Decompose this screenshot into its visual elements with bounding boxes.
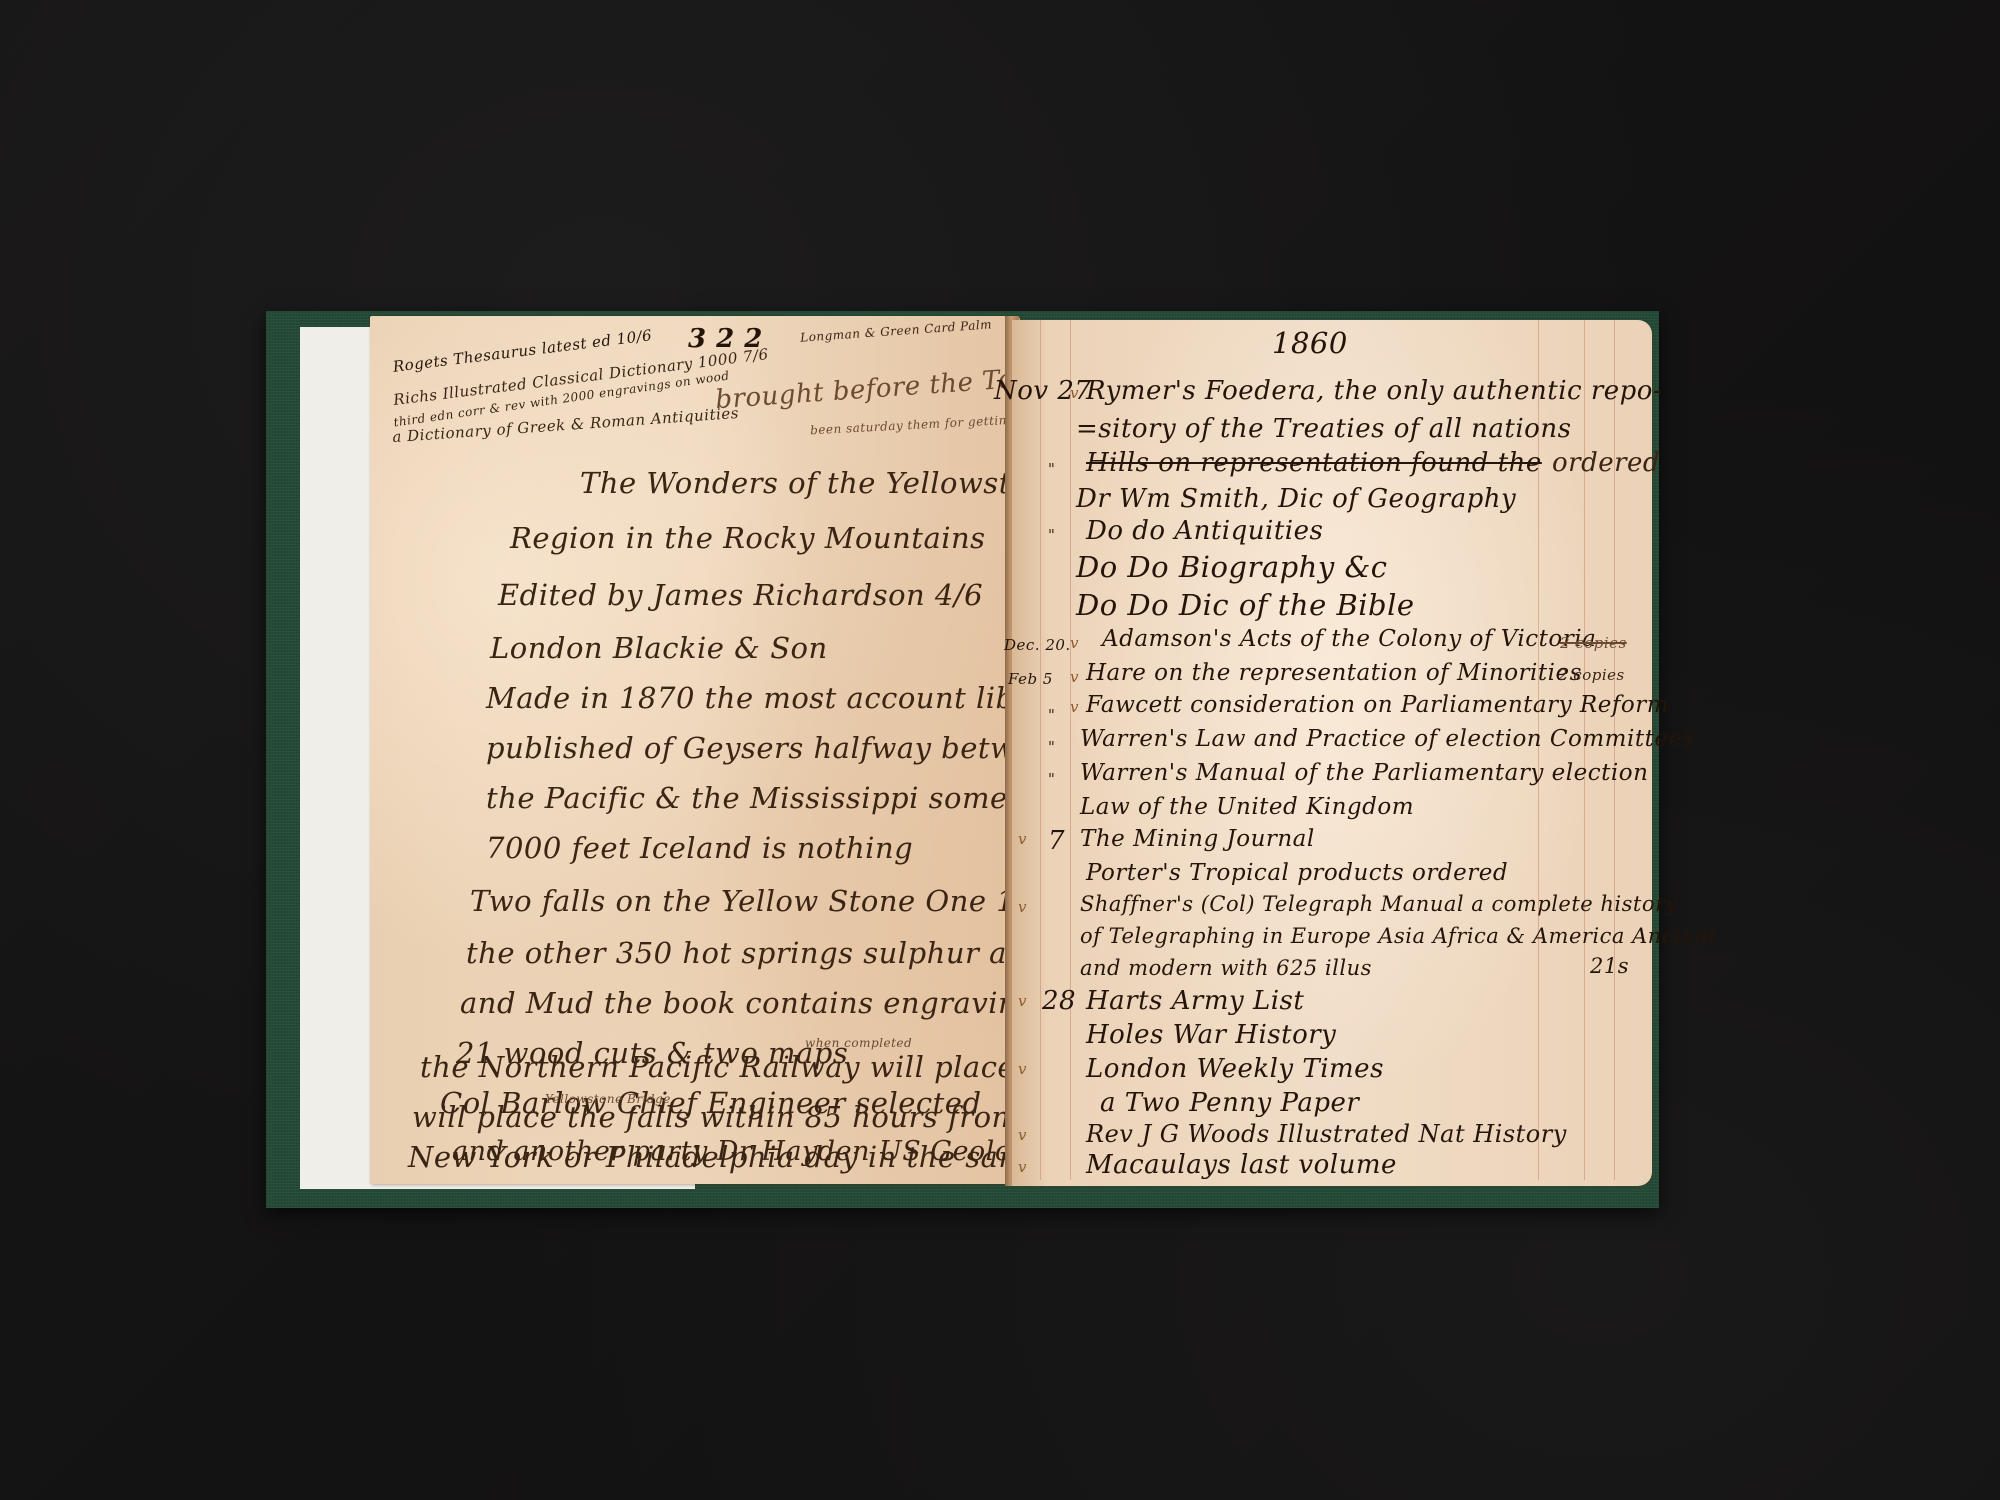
entry-text: Warren's Manual of the Parliamentary ele… xyxy=(1080,760,1648,786)
body-line: The Wonders of the Yellowstone xyxy=(580,466,1066,500)
entry-text: Dr Wm Smith, Dic of Geography xyxy=(1076,484,1516,514)
entry-text: Hare on the representation of Minorities xyxy=(1086,660,1582,686)
body-line: the Northern Pacific Railway will place xyxy=(420,1050,1015,1084)
entry-text: Do do Antiquities xyxy=(1086,516,1323,546)
check-mark: v xyxy=(1018,898,1027,916)
entry-date: 28 xyxy=(1042,986,1076,1016)
entry-text: Shaffner's (Col) Telegraph Manual a comp… xyxy=(1080,892,1678,916)
entry-text: Do Do Biography &c xyxy=(1076,550,1388,584)
entry-text: =sitory of the Treaties of all nations xyxy=(1076,414,1571,444)
body-line: Edited by James Richardson 4/6 xyxy=(498,578,983,612)
body-line: published of Geysers halfway between xyxy=(486,731,1070,765)
body-line: the other 350 hot springs sulphur alum xyxy=(466,936,1064,970)
body-line: the Pacific & the Mississippi some xyxy=(486,781,1008,815)
photo-scene: Rogets Thesaurus latest ed 10/6 3 2 2 Lo… xyxy=(0,0,2000,1500)
entry-text: Harts Army List xyxy=(1086,986,1304,1016)
entry-text: Fawcett consideration on Parliamentary R… xyxy=(1086,692,1669,718)
check-mark: v xyxy=(1070,668,1079,686)
header-margin-note: been saturday them for getting xyxy=(810,413,1016,438)
check-mark: v xyxy=(1070,384,1079,402)
check-mark: v xyxy=(1018,1158,1027,1176)
check-mark: v xyxy=(1070,634,1079,652)
body-line: will place the falls within 85 hours fro… xyxy=(412,1100,1020,1134)
body-line: Made in 1870 the most account lib xyxy=(486,681,1015,715)
entry-date: Dec. 20. xyxy=(1004,636,1071,654)
check-mark: v xyxy=(1018,830,1027,848)
entry-text: Rev J G Woods Illustrated Nat History xyxy=(1086,1120,1567,1148)
entry-date: 7 xyxy=(1048,826,1065,856)
check-mark: v xyxy=(1018,992,1027,1010)
entry-note-struck: 2 copies xyxy=(1560,634,1627,652)
entry-text: Warren's Law and Practice of election Co… xyxy=(1080,726,1695,752)
entry-amount: 21s xyxy=(1590,954,1629,978)
ditto-mark: " xyxy=(1048,526,1055,544)
ditto-mark: " xyxy=(1048,770,1055,788)
entry-text: Law of the United Kingdom xyxy=(1080,794,1414,820)
entry-text: Rymer's Foedera, the only authentic repo… xyxy=(1086,376,1662,406)
body-line: London Blackie & Son xyxy=(490,631,828,665)
header-note: Longman & Green Card Palm xyxy=(800,317,993,344)
check-mark: v xyxy=(1018,1126,1027,1144)
entry-text: of Telegraphing in Europe Asia Africa & … xyxy=(1080,924,1717,948)
entry-text: a Two Penny Paper xyxy=(1100,1088,1359,1118)
entry-text: The Mining Journal xyxy=(1080,826,1315,852)
right-ledger-page: 1860 Nov 27 v Rymer's Foedera, the only … xyxy=(1012,320,1652,1186)
check-mark: v xyxy=(1070,698,1079,716)
body-line: Region in the Rocky Mountains xyxy=(510,521,986,555)
check-mark: v xyxy=(1018,1060,1027,1078)
body-line: New York or Philadelphia day in the same xyxy=(408,1140,1044,1174)
interlinear-note: when completed xyxy=(805,1036,912,1050)
ditto-mark: " xyxy=(1048,460,1055,478)
entry-date: Feb 5 xyxy=(1008,670,1053,688)
body-line: 7000 feet Iceland is nothing xyxy=(486,831,913,865)
margin-rule xyxy=(1040,320,1041,1180)
entry-text: Do Do Dic of the Bible xyxy=(1076,588,1415,622)
entry-text: London Weekly Times xyxy=(1086,1054,1384,1084)
entry-note: ordered xyxy=(1552,448,1660,478)
year-heading: 1860 xyxy=(1272,326,1348,360)
entry-text: Porter's Tropical products ordered xyxy=(1086,860,1508,886)
ditto-mark: " xyxy=(1048,738,1055,756)
ditto-mark: " xyxy=(1048,706,1055,724)
body-line: and Mud the book contains engravings xyxy=(460,986,1052,1020)
entry-text-struck: Hills on representation found the xyxy=(1086,448,1542,478)
entry-text: Holes War History xyxy=(1086,1020,1336,1050)
margin-rule xyxy=(1070,320,1071,1180)
entry-text: Adamson's Acts of the Colony of Victoria xyxy=(1102,626,1596,652)
entry-note: 2 copies xyxy=(1558,666,1625,684)
entry-text: Macaulays last volume xyxy=(1086,1150,1397,1180)
entry-text: and modern with 625 illus xyxy=(1080,956,1372,980)
